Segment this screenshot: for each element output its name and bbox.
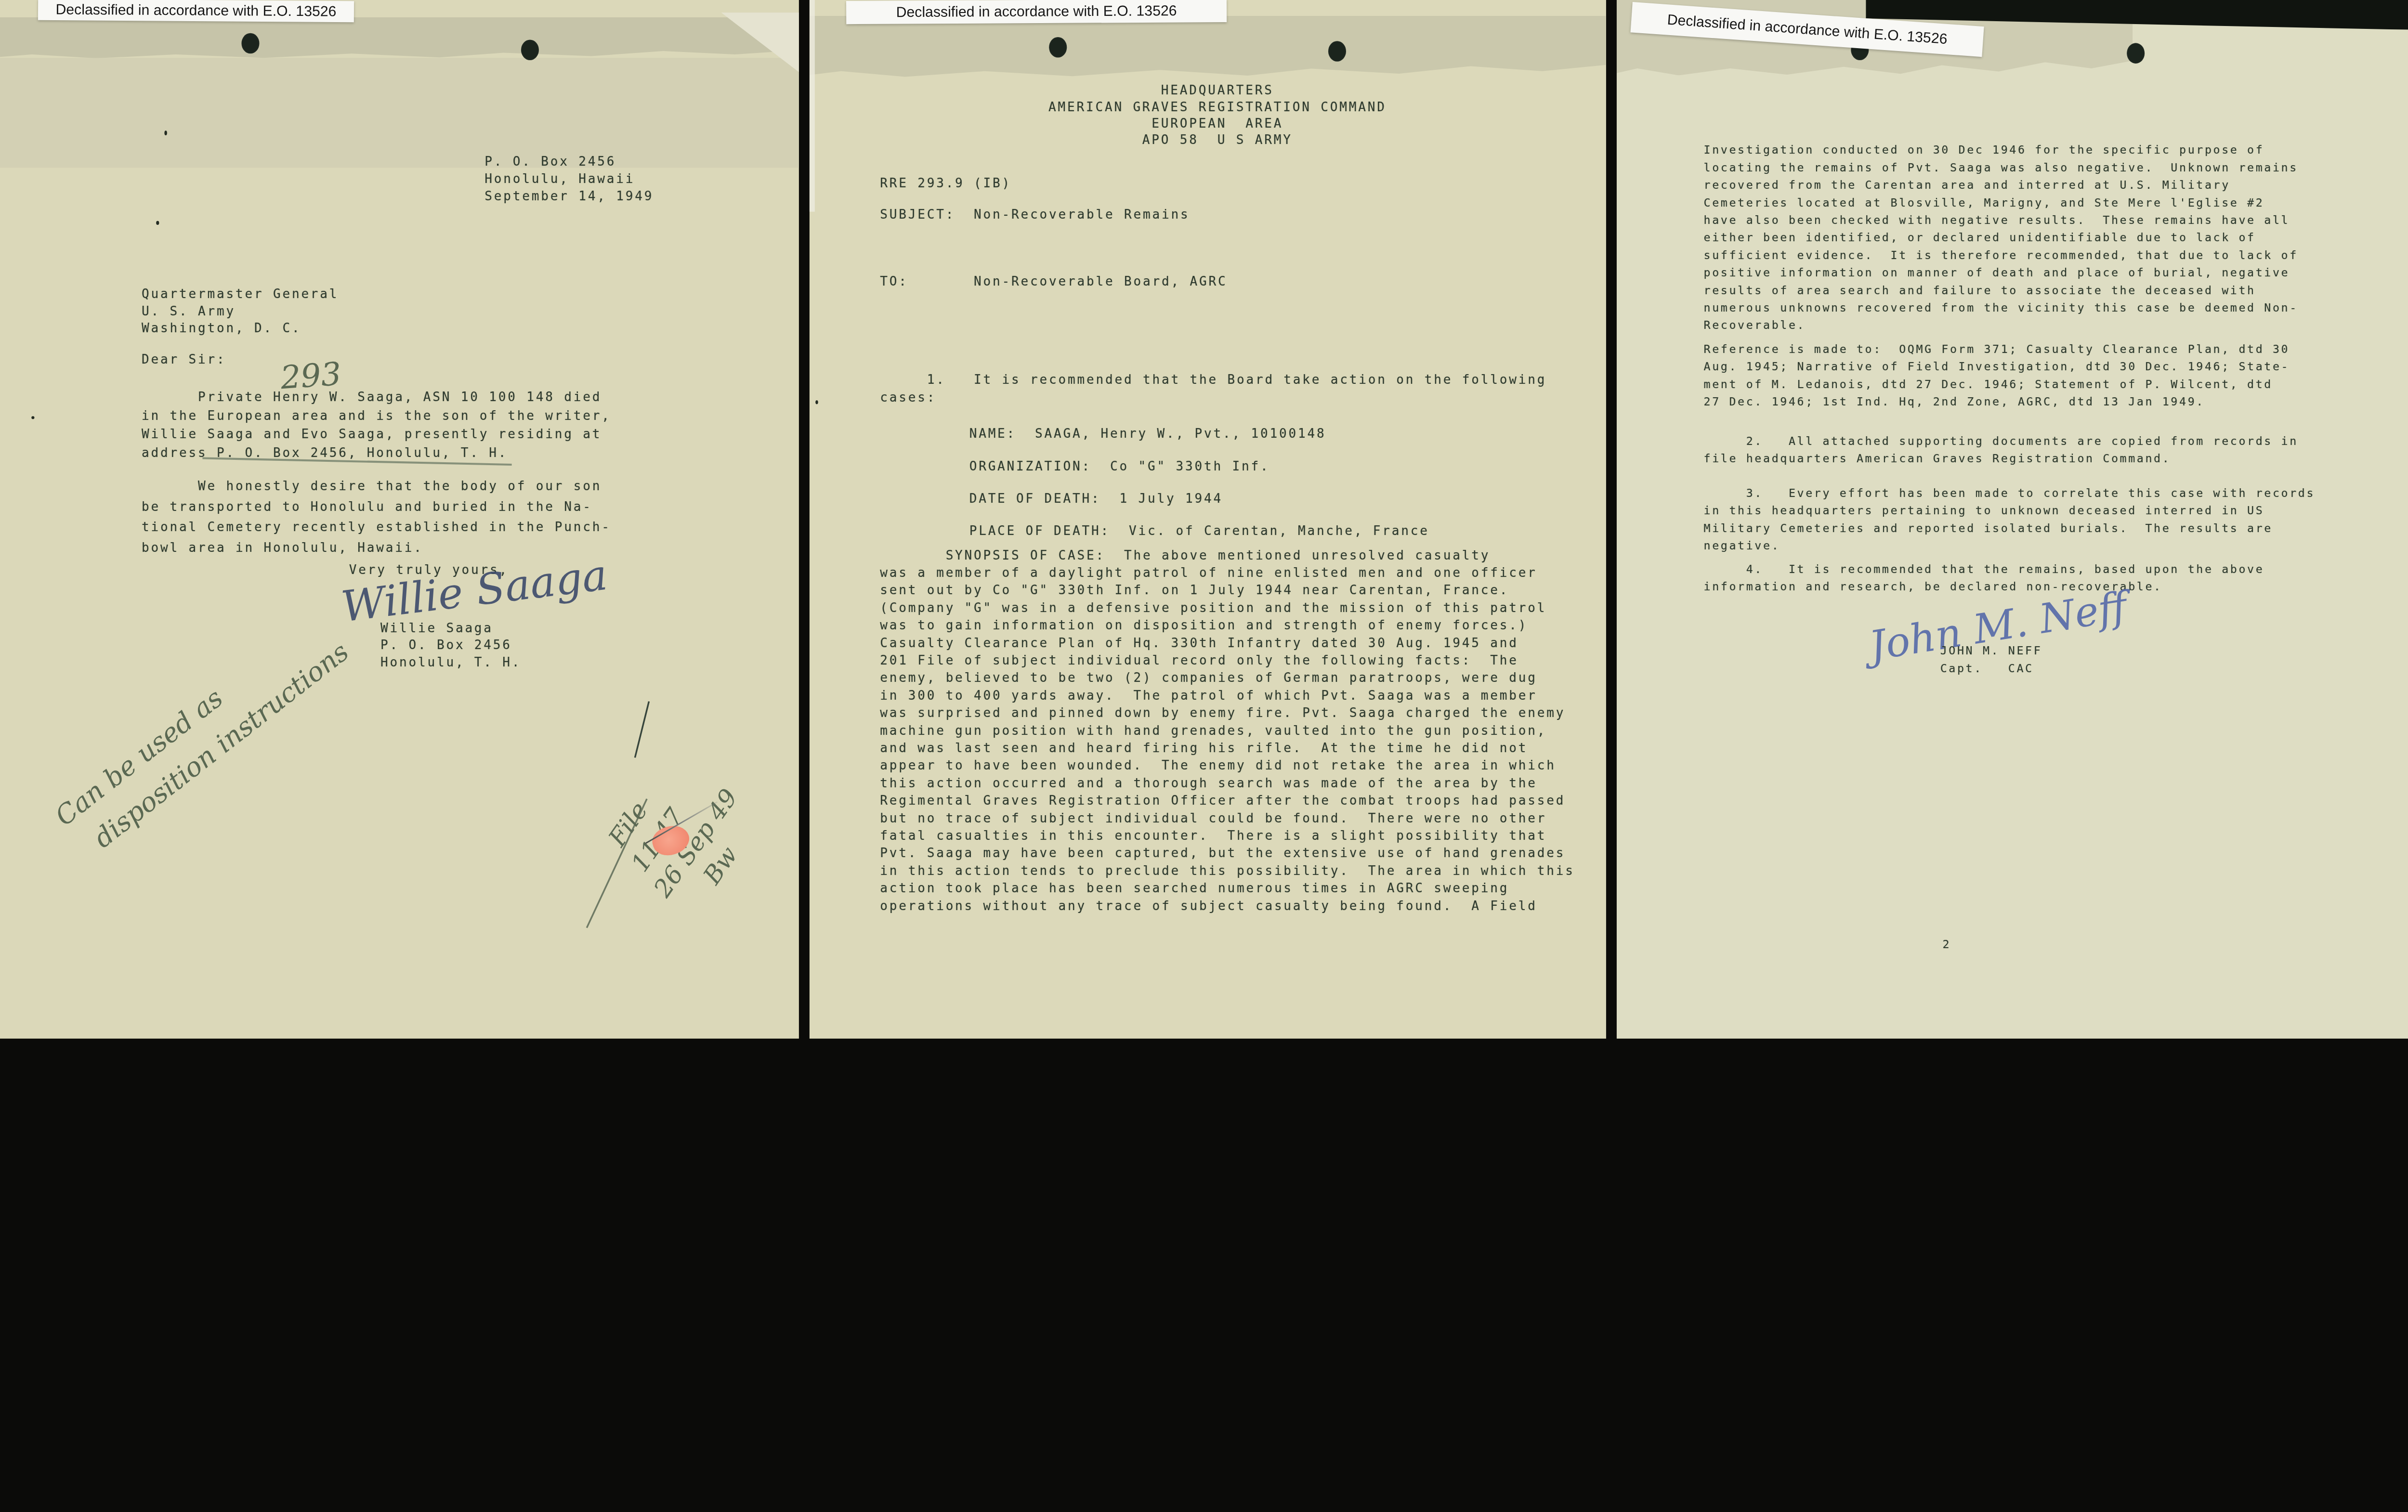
page-2-memo: HEADQUARTERS AMERICAN GRAVES REGISTRATIO… [810, 0, 1606, 1039]
subject-line: SUBJECT: Non-Recoverable Remains [880, 206, 1190, 223]
handwritten-disposition-note: Can be used as disposition instructions [46, 600, 358, 869]
recipient-address-block: Quartermaster General U. S. Army Washing… [142, 285, 339, 337]
punch-hole [2127, 43, 2145, 64]
tape-band [0, 17, 799, 60]
investigation-paragraph: Investigation conducted on 30 Dec 1946 f… [1704, 142, 2298, 334]
declassified-stamp-text: Declassified in accordance with E.O. 135… [896, 2, 1177, 20]
punch-hole [1328, 41, 1346, 62]
page-number: 2 [1943, 936, 1951, 953]
file-reference: RRE 293.9 (IB) [880, 175, 1011, 192]
letter-paragraph-2: We honestly desire that the body of our … [142, 476, 611, 558]
case-place-of-death-line: PLACE OF DEATH: Vic. of Carentan, Manche… [969, 522, 1429, 540]
punch-hole [521, 39, 539, 60]
punch-hole [1049, 37, 1067, 58]
scan-edge [810, 0, 815, 212]
case-date-of-death-line: DATE OF DEATH: 1 July 1944 [969, 490, 1223, 507]
declassified-stamp: Declassified in accordance with E.O. 135… [846, 0, 1227, 24]
to-line: TO: Non-Recoverable Board, AGRC [880, 273, 1227, 290]
memo-paragraph-1: 1. It is recommended that the Board take… [880, 371, 1546, 406]
tape-band [810, 16, 1606, 79]
page-3-memo: Investigation conducted on 30 Dec 1946 f… [1617, 0, 2408, 1039]
declassified-stamp: Declassified in accordance with E.O. 135… [38, 0, 354, 22]
memo-paragraph-4: 4. It is recommended that the remains, b… [1704, 560, 2264, 596]
memo-header: HEADQUARTERS AMERICAN GRAVES REGISTRATIO… [877, 82, 1558, 148]
sender-address-block: P. O. Box 2456 Honolulu, Hawaii Septembe… [484, 153, 654, 204]
case-organization-line: ORGANIZATION: Co "G" 330th Inf. [969, 457, 1270, 475]
memo-paragraph-2: 2. All attached supporting documents are… [1704, 432, 2298, 468]
reference-paragraph: Reference is made to: OQMG Form 371; Cas… [1704, 341, 2290, 411]
typed-signature-block: Willie Saaga P. O. Box 2456 Honolulu, T.… [380, 619, 521, 671]
page-1-letter: P. O. Box 2456 Honolulu, Hawaii Septembe… [0, 0, 799, 1039]
case-name-line: NAME: SAAGA, Henry W., Pvt., 10100148 [969, 425, 1326, 443]
memo-paragraph-3: 3. Every effort has been made to correla… [1704, 484, 2316, 555]
scanned-documents-stage: P. O. Box 2456 Honolulu, Hawaii Septembe… [0, 0, 2408, 1039]
synopsis-paragraph: SYNOPSIS OF CASE: The above mentioned un… [880, 547, 1574, 915]
typed-signature-block: JOHN M. NEFF Capt. CAC [1940, 642, 2042, 678]
declassified-stamp-text: Declassified in accordance with E.O. 135… [55, 1, 336, 20]
salutation: Dear Sir: [142, 350, 226, 368]
punch-hole [241, 33, 259, 54]
paper-edge-band [0, 58, 799, 168]
letter-paragraph-1: Private Henry W. Saaga, ASN 10 100 148 d… [142, 388, 611, 462]
pen-tick [634, 701, 650, 757]
